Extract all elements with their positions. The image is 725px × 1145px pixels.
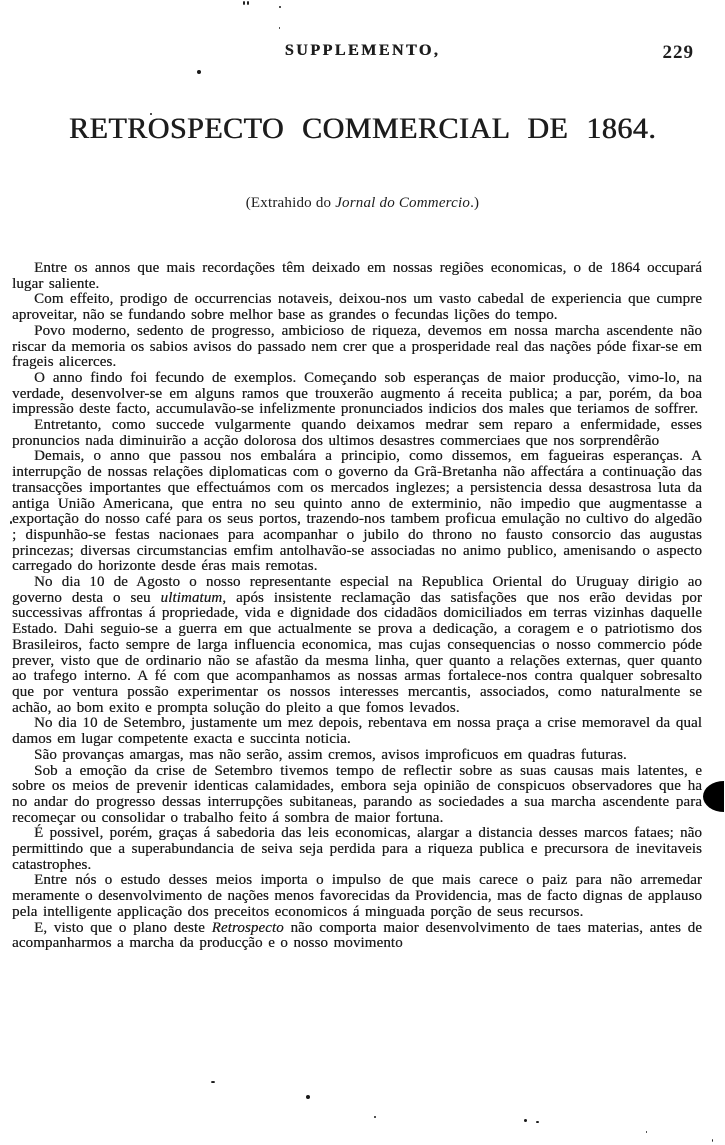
paragraph: Entre os annos que mais recordações têm …: [12, 261, 702, 292]
scan-speck: [279, 27, 280, 29]
page-header: SUPPLEMENTO, 229: [0, 42, 725, 68]
running-title: SUPPLEMENTO,: [285, 42, 441, 60]
paragraph: São provanças amargas, mas não serão, as…: [12, 748, 702, 764]
text-segment: E, visto que o plano deste: [34, 920, 212, 936]
paragraph: No dia 10 de Setembro, justamente um mez…: [12, 716, 702, 747]
text-segment: Com effeito, prodigo de occurrencias not…: [12, 291, 702, 323]
scan-speck: [374, 1116, 376, 1118]
text-segment: Sob a emoção da crise de Setembro tivemo…: [12, 763, 702, 826]
text-segment: É possivel, porém, graças á sabedoria da…: [12, 825, 702, 872]
paragraph: Entretanto, como succede vulgarmente qua…: [12, 418, 702, 449]
scan-speck: [211, 1081, 215, 1083]
body-text: Entre os annos que mais recordações têm …: [12, 261, 702, 952]
text-segment: No dia 10 de Setembro, justamente um mez…: [12, 715, 702, 747]
paragraph: O anno findo foi fecundo de exemplos. Co…: [12, 371, 702, 418]
scan-speck: [247, 1, 249, 5]
text-segment: Povo moderno, sedento de progresso, ambi…: [12, 323, 702, 370]
text-segment: Demais, o anno que passou nos embalára a…: [12, 448, 702, 574]
paragraph: Demais, o anno que passou nos embalára a…: [12, 449, 702, 575]
scan-speck: [243, 1, 245, 5]
text-segment: O anno findo foi fecundo de exemplos. Co…: [12, 370, 702, 417]
subtitle: (Extrahido do Jornal do Commercio.): [0, 195, 725, 212]
scan-speck: [524, 1119, 527, 1122]
paragraph: E, visto que o plano deste Retrospecto n…: [12, 921, 702, 952]
paragraph: É possivel, porém, graças á sabedoria da…: [12, 826, 702, 873]
scan-speck: [150, 113, 152, 115]
text-segment: Entretanto, como succede vulgarmente qua…: [12, 417, 702, 449]
scan-speck: [536, 1121, 539, 1123]
page-title: RETROSPECTO COMMERCIAL DE 1864.: [0, 112, 725, 146]
text-segment: Entre nós o estudo desses meios importa …: [12, 872, 702, 919]
italic-text: Retrospecto: [212, 920, 284, 936]
scan-speck: [712, 1139, 713, 1142]
paragraph: No dia 10 de Agosto o nosso representant…: [12, 575, 702, 716]
italic-text: ultimatum: [161, 590, 223, 606]
page-number: 229: [663, 42, 695, 64]
scan-speck: [10, 521, 12, 524]
paragraph: Sob a emoção da crise de Setembro tivemo…: [12, 764, 702, 827]
paragraph: Entre nós o estudo desses meios importa …: [12, 873, 702, 920]
text-segment: São provanças amargas, mas não serão, as…: [34, 747, 627, 763]
text-segment: Entre os annos que mais recordações têm …: [12, 260, 702, 292]
paragraph: Povo moderno, sedento de progresso, ambi…: [12, 324, 702, 371]
subtitle-prefix: (Extrahido do: [246, 195, 335, 211]
scan-speck: [646, 1131, 647, 1133]
paragraph: Com effeito, prodigo de occurrencias not…: [12, 292, 702, 323]
text-segment: , após insistente reclamação das satisfa…: [12, 590, 702, 716]
scan-speck: [197, 70, 201, 74]
subtitle-suffix: .): [470, 195, 479, 211]
scan-artifact-blob: [703, 781, 724, 812]
source-name: Jornal do Commercio: [335, 195, 470, 211]
scanned-page: SUPPLEMENTO, 229 RETROSPECTO COMMERCIAL …: [0, 0, 725, 1145]
scan-speck: [279, 6, 281, 8]
scan-speck: [306, 1095, 310, 1099]
